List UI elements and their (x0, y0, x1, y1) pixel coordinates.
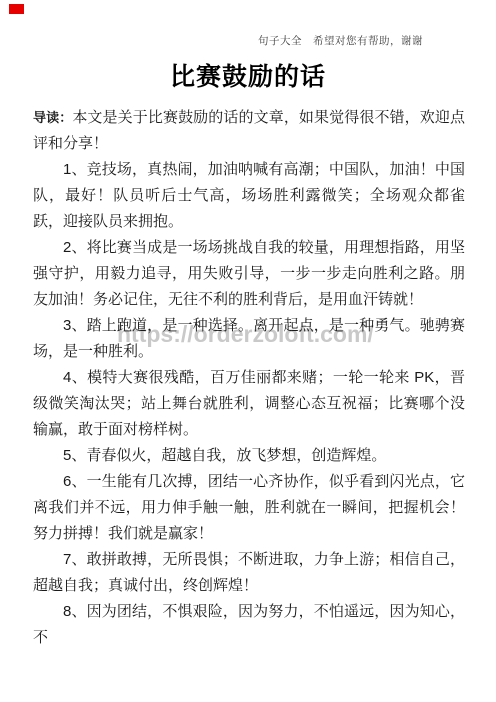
header-tagline: 希望对您有帮助，谢谢 (313, 35, 423, 47)
site-name-label: 句子大全 (258, 35, 302, 47)
document-page: 句子大全希望对您有帮助，谢谢 比赛鼓励的话 https://orderzolof… (0, 0, 496, 702)
document-body: 导读：本文是关于比赛鼓励的话的文章，如果觉得很不错，欢迎点评和分享！ 1、竞技场… (33, 105, 465, 651)
intro-text: 本文是关于比赛鼓励的话的文章，如果觉得很不错，欢迎点评和分享！ (33, 110, 465, 152)
body-paragraph: 3、踏上跑道，是一种选择。离开起点，是一种勇气。驰骋赛场，是一种胜利。 (33, 313, 465, 365)
body-paragraph: 7、敢拼敢搏，无所畏惧；不断进取，力争上游；相信自己，超越自我；真诚付出，终创辉… (33, 547, 465, 599)
intro-paragraph: 导读：本文是关于比赛鼓励的话的文章，如果觉得很不错，欢迎点评和分享！ (33, 105, 465, 157)
red-corner-marker (9, 4, 24, 14)
body-paragraph: 8、因为团结，不惧艰险，因为努力，不怕遥远，因为知心，不 (33, 599, 465, 651)
body-paragraph: 5、青春似火，超越自我，放飞梦想，创造辉煌。 (33, 443, 465, 469)
body-paragraph: 2、将比赛当成是一场场挑战自我的较量，用理想指路，用坚强守护，用毅力追寻，用失败… (33, 235, 465, 313)
page-header: 句子大全希望对您有帮助，谢谢 (258, 33, 423, 48)
body-paragraph: 4、模特大赛很残酷，百万佳丽都来赌；一轮一轮来 PK，晋级微笑淘汰哭；站上舞台就… (33, 365, 465, 443)
body-paragraph: 1、竞技场，真热闹，加油呐喊有高潮；中国队，加油！中国队，最好！队员听后士气高，… (33, 157, 465, 235)
body-paragraph: 6、一生能有几次搏，团结一心齐协作，似乎看到闪光点，它离我们并不远，用力伸手触一… (33, 469, 465, 547)
intro-label: 导读： (33, 110, 72, 125)
